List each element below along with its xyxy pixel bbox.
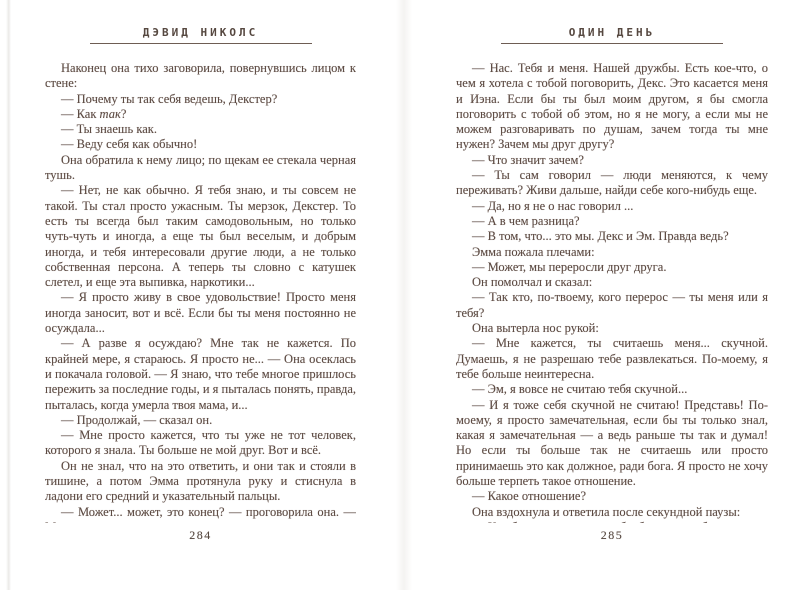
paragraph: — Эм, я вовсе не считаю тебя скучной... bbox=[456, 382, 768, 397]
right-page: ОДИН ДЕНЬ — Нас. Тебя и меня. Нашей друж… bbox=[456, 0, 768, 590]
page-edge-shadow bbox=[6, 0, 11, 590]
paragraph: Она обратила к нему лицо; по щекам ее ст… bbox=[45, 153, 356, 184]
paragraph: — Как так? bbox=[45, 107, 356, 122]
book-gutter-shadow bbox=[396, 0, 412, 590]
paragraph: Она вытерла нос рукой: bbox=[456, 321, 768, 336]
paragraph: — Нас. Тебя и меня. Нашей дружбы. Есть к… bbox=[456, 61, 768, 153]
paragraph: — Как будто ты предпочел бы быть где-ниб… bbox=[456, 520, 768, 523]
right-page-number: 285 bbox=[456, 528, 768, 543]
paragraph: — А разве я осуждаю? Мне так не кажется.… bbox=[45, 336, 356, 412]
paragraph: Наконец она тихо заговорила, повернувшис… bbox=[45, 61, 356, 92]
paragraph: — Что значит зачем? bbox=[456, 153, 768, 168]
paragraph: Она вздохнула и ответила после секундной… bbox=[456, 505, 768, 520]
paragraph: — Мне просто кажется, что ты уже не тот … bbox=[45, 428, 356, 459]
paragraph: — Может, мы переросли друг друга. bbox=[456, 260, 768, 275]
left-page: ДЭВИД НИКОЛС Наконец она тихо заговорила… bbox=[45, 0, 356, 590]
left-page-text: Наконец она тихо заговорила, повернувшис… bbox=[45, 61, 356, 523]
paragraph: — Ты сам говорил — люди меняются, к чему… bbox=[456, 168, 768, 199]
right-page-text: — Нас. Тебя и меня. Нашей дружбы. Есть к… bbox=[456, 61, 768, 523]
paragraph: — Может... может, это конец? — проговори… bbox=[45, 505, 356, 523]
paragraph: Он помолчал и сказал: bbox=[456, 275, 768, 290]
left-running-head: ДЭВИД НИКОЛС bbox=[90, 26, 312, 44]
right-running-head: ОДИН ДЕНЬ bbox=[501, 26, 723, 44]
paragraph: — Какое отношение? bbox=[456, 489, 768, 504]
paragraph: — Веду себя как обычно! bbox=[45, 137, 356, 152]
left-page-number: 284 bbox=[45, 528, 356, 543]
paragraph: — Да, но я не о нас говорил ... bbox=[456, 199, 768, 214]
paragraph: — Нет, не как обычно. Я тебя знаю, и ты … bbox=[45, 183, 356, 290]
paragraph: — Ты знаешь как. bbox=[45, 122, 356, 137]
paragraph: Он не знал, что на это ответить, и они т… bbox=[45, 459, 356, 505]
paragraph: — И я тоже себя скучной не считаю! Предс… bbox=[456, 398, 768, 490]
paragraph: — А в чем разница? bbox=[456, 214, 768, 229]
paragraph: — Я просто живу в свое удовольствие! Про… bbox=[45, 290, 356, 336]
paragraph: — Мне кажется, ты считаешь меня... скучн… bbox=[456, 336, 768, 382]
book-scan-spread: { "colors": { "background": "#ffffff", "… bbox=[0, 0, 803, 590]
paragraph: — Продолжай, — сказал он. bbox=[45, 413, 356, 428]
paragraph: — Почему ты так себя ведешь, Декстер? bbox=[45, 92, 356, 107]
paragraph: — В том, что... это мы. Декс и Эм. Правд… bbox=[456, 229, 768, 244]
paragraph: — Так кто, по-твоему, кого перерос — ты … bbox=[456, 290, 768, 321]
paragraph: Эмма пожала плечами: bbox=[456, 245, 768, 260]
